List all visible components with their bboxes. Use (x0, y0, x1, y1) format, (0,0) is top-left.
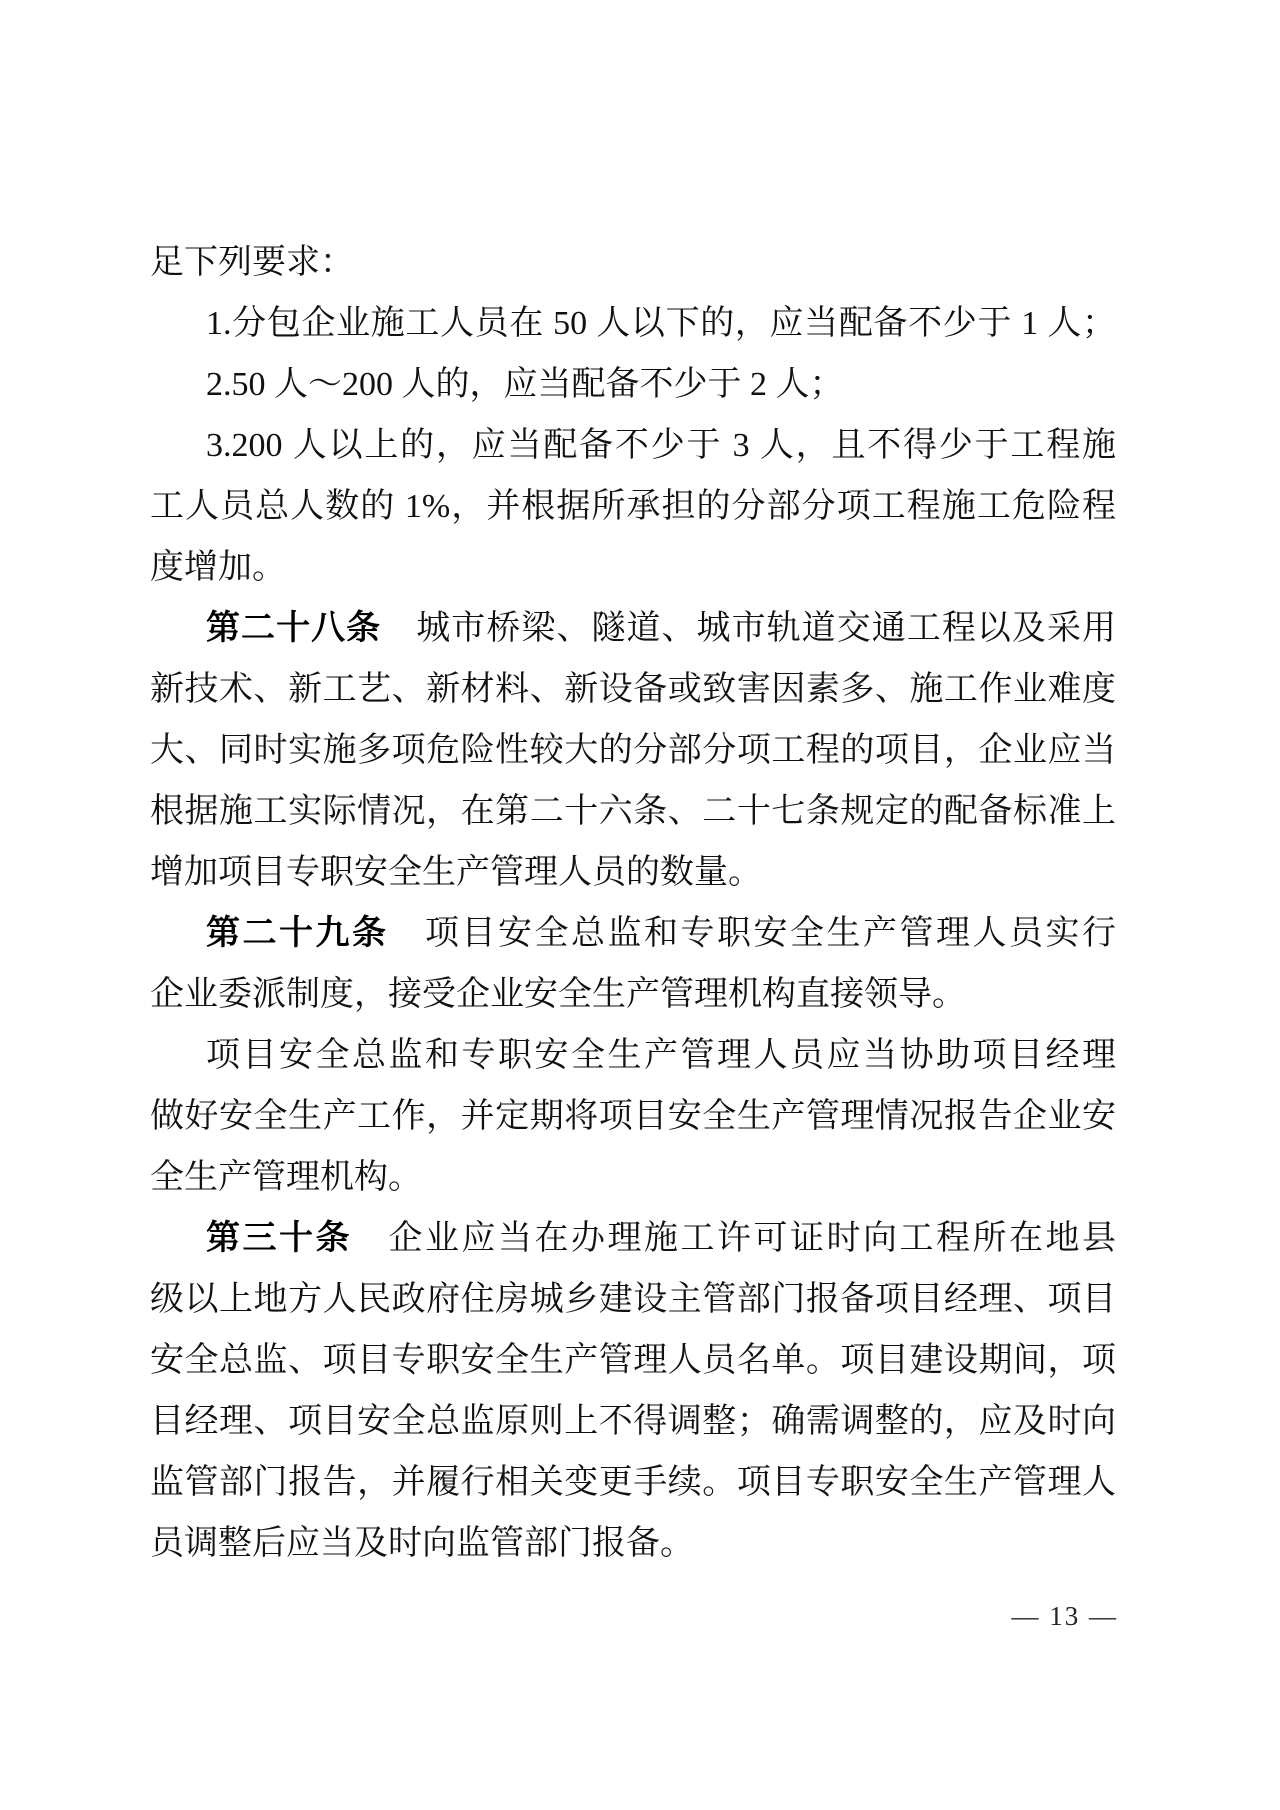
line-text: 安全总监、项目专职安全生产管理人员名单。项目建设期间，项 (150, 1342, 1116, 1379)
line-text: 目经理、项目安全总监原则上不得调整；确需调整的，应及时向 (150, 1403, 1116, 1440)
text-line: 企业委派制度，接受企业安全生产管理机构直接领导。 (150, 964, 1116, 1025)
list-item-2: 2.50 人～200 人的，应当配备不少于 2 人； (150, 354, 1116, 415)
text-line: 级以上地方人民政府住房城乡建设主管部门报备项目经理、项目 (150, 1269, 1116, 1330)
line-text: 项目安全总监和专职安全生产管理人员应当协助项目经理 (206, 1037, 1116, 1074)
text-line: 员调整后应当及时向监管部门报备。 (150, 1513, 1116, 1574)
line-text: 项目安全总监和专职安全生产管理人员实行 (389, 915, 1117, 952)
line-text: 3.200 人以上的，应当配备不少于 3 人，且不得少于工程施 (206, 427, 1116, 464)
line-text: 全生产管理机构。 (150, 1159, 422, 1196)
document-page: 足下列要求： 1.分包企业施工人员在 50 人以下的，应当配备不少于 1 人； … (0, 0, 1280, 1810)
line-text: 企业委派制度，接受企业安全生产管理机构直接领导。 (150, 976, 966, 1013)
line-text: 企业应当在办理施工许可证时向工程所在地县 (352, 1220, 1116, 1257)
text-line: 做好安全生产工作，并定期将项目安全生产管理情况报告企业安 (150, 1086, 1116, 1147)
text-line: 监管部门报告，并履行相关变更手续。项目专职安全生产管理人 (150, 1452, 1116, 1513)
text-line: 项目安全总监和专职安全生产管理人员应当协助项目经理 (150, 1025, 1116, 1086)
text-line: 增加项目专职安全生产管理人员的数量。 (150, 842, 1116, 903)
list-item-3: 3.200 人以上的，应当配备不少于 3 人，且不得少于工程施 (150, 415, 1116, 476)
page-number: — 13 — (1012, 1598, 1119, 1634)
line-text: 工人员总人数的 1%，并根据所承担的分部分项工程施工危险程 (150, 488, 1116, 525)
article-29-heading-line: 第二十九条 项目安全总监和专职安全生产管理人员实行 (150, 903, 1116, 964)
article-30-heading-line: 第三十条 企业应当在办理施工许可证时向工程所在地县 (150, 1208, 1116, 1269)
line-text: 新技术、新工艺、新材料、新设备或致害因素多、施工作业难度 (150, 671, 1116, 708)
line-text: 增加项目专职安全生产管理人员的数量。 (150, 854, 762, 891)
article-number: 第二十八条 (206, 609, 381, 647)
line-text: 大、同时实施多项危险性较大的分部分项工程的项目，企业应当 (150, 732, 1116, 769)
line-text: 做好安全生产工作，并定期将项目安全生产管理情况报告企业安 (150, 1098, 1116, 1135)
list-item-1: 1.分包企业施工人员在 50 人以下的，应当配备不少于 1 人； (150, 293, 1116, 354)
line-text: 级以上地方人民政府住房城乡建设主管部门报备项目经理、项目 (150, 1281, 1116, 1318)
text-line: 度增加。 (150, 537, 1116, 598)
line-text: 1.分包企业施工人员在 50 人以下的，应当配备不少于 1 人； (206, 305, 1116, 342)
line-text: 度增加。 (150, 549, 286, 586)
text-line: 目经理、项目安全总监原则上不得调整；确需调整的，应及时向 (150, 1391, 1116, 1452)
text-line: 新技术、新工艺、新材料、新设备或致害因素多、施工作业难度 (150, 659, 1116, 720)
text-line: 安全总监、项目专职安全生产管理人员名单。项目建设期间，项 (150, 1330, 1116, 1391)
article-28-heading-line: 第二十八条 城市桥梁、隧道、城市轨道交通工程以及采用 (150, 598, 1116, 659)
text-line: 根据施工实际情况，在第二十六条、二十七条规定的配备标准上 (150, 781, 1116, 842)
text-line: 全生产管理机构。 (150, 1147, 1116, 1208)
document-body: 足下列要求： 1.分包企业施工人员在 50 人以下的，应当配备不少于 1 人； … (150, 232, 1116, 1574)
line-text: 2.50 人～200 人的，应当配备不少于 2 人； (206, 366, 844, 403)
line-text: 员调整后应当及时向监管部门报备。 (150, 1525, 694, 1562)
article-number: 第二十九条 (206, 914, 389, 952)
article-number: 第三十条 (206, 1219, 352, 1257)
text-line: 大、同时实施多项危险性较大的分部分项工程的项目，企业应当 (150, 720, 1116, 781)
text-line: 足下列要求： (150, 232, 1116, 293)
line-text: 足下列要求： (150, 244, 354, 281)
line-text: 城市桥梁、隧道、城市轨道交通工程以及采用 (381, 610, 1116, 647)
text-line: 工人员总人数的 1%，并根据所承担的分部分项工程施工危险程 (150, 476, 1116, 537)
line-text: 监管部门报告，并履行相关变更手续。项目专职安全生产管理人 (150, 1464, 1116, 1501)
line-text: 根据施工实际情况，在第二十六条、二十七条规定的配备标准上 (150, 793, 1116, 830)
